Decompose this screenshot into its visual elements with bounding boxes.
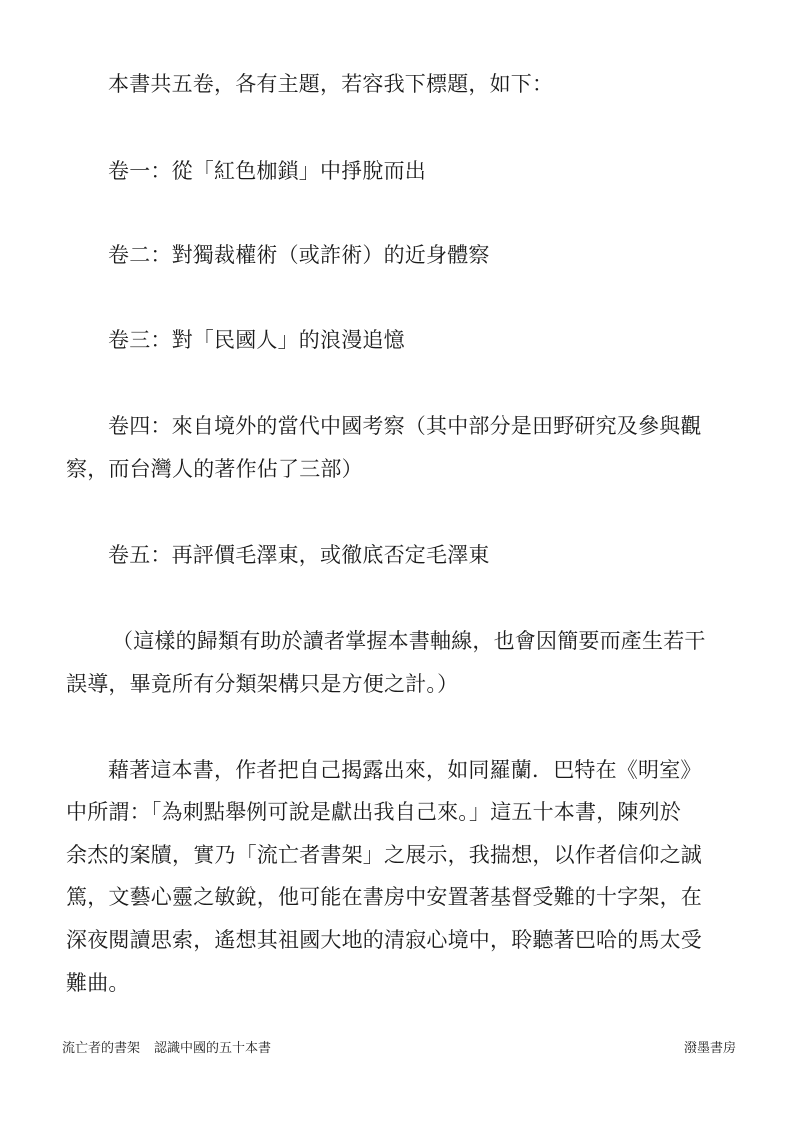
intro-line: 本書共五卷，各有主題，若容我下標題，如下： (108, 71, 788, 97)
volume-1-line: 卷一：從「紅色枷鎖」中掙脫而出 (108, 158, 788, 184)
paragraph-line-6: 難曲。 (66, 970, 746, 996)
volume-2-line: 卷二：對獨裁權術（或詐術）的近身體察 (108, 242, 788, 268)
document-page: 本書共五卷，各有主題，若容我下標題，如下： 卷一：從「紅色枷鎖」中掙脫而出 卷二… (0, 0, 794, 1123)
paragraph-line-4: 篤，文藝心靈之敏銳，他可能在書房中安置著基督受難的十字架，在 (66, 884, 746, 910)
paragraph-line-5: 深夜閱讀思索，遙想其祖國大地的清寂心境中，聆聽著巴哈的馬太受 (66, 927, 746, 953)
footer-book-title: 流亡者的書架認識中國的五十本書 (62, 1041, 271, 1057)
footer-title: 流亡者的書架 (62, 1041, 140, 1056)
footer-publisher: 潑墨書房 (684, 1041, 736, 1057)
volume-3-line: 卷三：對「民國人」的浪漫追憶 (108, 327, 788, 353)
volume-4-line-1: 卷四：來自境外的當代中國考察（其中部分是田野研究及參與觀 (108, 413, 788, 439)
footer-subtitle: 認識中國的五十本書 (154, 1041, 271, 1056)
volume-4-line-2: 察，而台灣人的著作佔了三部） (66, 456, 746, 482)
note-line-1: （這樣的歸類有助於讀者掌握本書軸線，也會因簡要而產生若干 (112, 628, 792, 654)
volume-5-line: 卷五：再評價毛澤東，或徹底否定毛澤東 (108, 542, 788, 568)
paragraph-line-2: 中所謂：「為刺點舉例可說是獻出我自己來。」這五十本書，陳列於 (66, 799, 746, 825)
paragraph-line-3: 余杰的案牘，實乃「流亡者書架」之展示，我揣想，以作者信仰之誠 (66, 842, 746, 868)
paragraph-line-1: 藉著這本書，作者把自己揭露出來，如同羅蘭．巴特在《明室》 (108, 757, 788, 783)
note-line-2: 誤導，畢竟所有分類架構只是方便之計。） (66, 671, 746, 697)
